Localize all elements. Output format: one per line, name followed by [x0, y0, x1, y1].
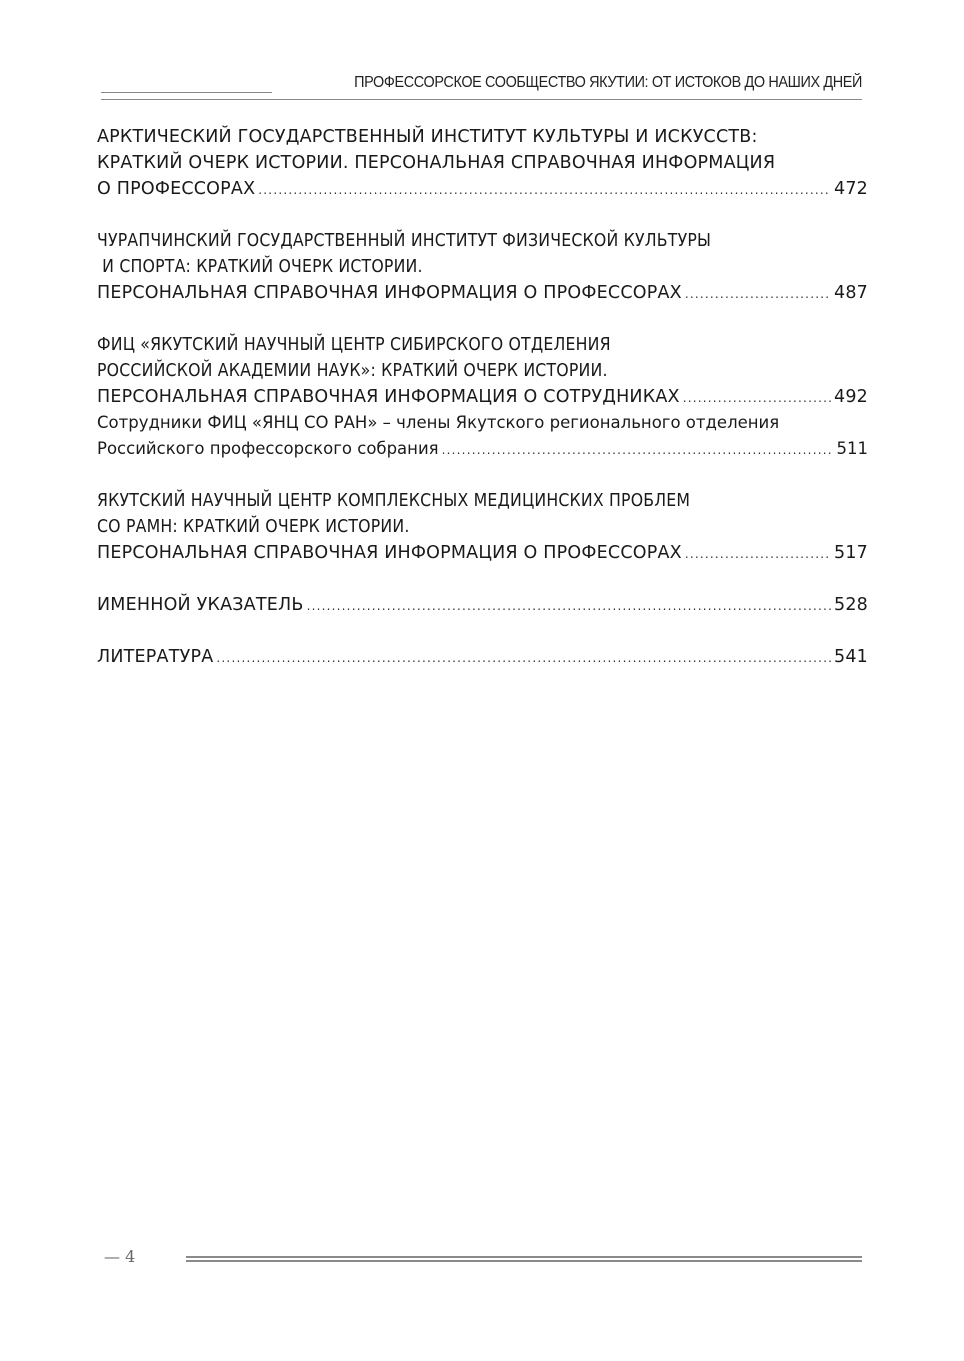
- toc-entry-title-line: РОССИЙСКОЙ АКАДЕМИИ НАУК»: КРАТКИЙ ОЧЕРК…: [97, 358, 867, 384]
- table-of-contents: АРКТИЧЕСКИЙ ГОСУДАРСТВЕННЫЙ ИНСТИТУТ КУЛ…: [97, 124, 868, 696]
- toc-page-number: 511: [837, 436, 869, 462]
- page-number: — 4: [104, 1247, 135, 1266]
- dot-leader: [442, 437, 834, 462]
- toc-entry-arctic-institute[interactable]: АРКТИЧЕСКИЙ ГОСУДАРСТВЕННЫЙ ИНСТИТУТ КУЛ…: [97, 124, 868, 202]
- toc-entry-leader-line: ЛИТЕРАТУРА 541: [97, 644, 868, 670]
- footer-rule: [186, 1260, 862, 1262]
- toc-page-number: 541: [834, 644, 868, 670]
- toc-entry-title-line: ЧУРАПЧИНСКИЙ ГОСУДАРСТВЕННЫЙ ИНСТИТУТ ФИ…: [97, 228, 867, 254]
- toc-page-number: 528: [834, 592, 868, 618]
- document-page: ПРОФЕССОРСКОЕ СООБЩЕСТВО ЯКУТИИ: ОТ ИСТО…: [0, 0, 964, 1361]
- toc-entry-leader-line: ПЕРСОНАЛЬНАЯ СПРАВОЧНАЯ ИНФОРМАЦИЯ О ПРО…: [97, 540, 868, 566]
- running-head: ПРОФЕССОРСКОЕ СООБЩЕСТВО ЯКУТИИ: ОТ ИСТО…: [339, 74, 862, 92]
- toc-entry-leader-line: О ПРОФЕССОРАХ 472: [97, 176, 868, 202]
- toc-entry-leader-line: ПЕРСОНАЛЬНАЯ СПРАВОЧНАЯ ИНФОРМАЦИЯ О ПРО…: [97, 280, 868, 306]
- toc-subentry-title-end: Российского профессорского собрания: [97, 436, 439, 462]
- dot-leader: [307, 593, 831, 618]
- header-rule-long: [101, 99, 862, 100]
- toc-entry-title-line: СО РАМН: КРАТКИЙ ОЧЕРК ИСТОРИИ.: [97, 514, 867, 540]
- toc-entry-literature[interactable]: ЛИТЕРАТУРА 541: [97, 644, 868, 670]
- toc-subentry-yanc-members[interactable]: Сотрудники ФИЦ «ЯНЦ СО РАН» – члены Якут…: [97, 410, 868, 462]
- toc-entry-title-end: ПЕРСОНАЛЬНАЯ СПРАВОЧНАЯ ИНФОРМАЦИЯ О ПРО…: [97, 280, 682, 306]
- toc-subentry-title-line: Сотрудники ФИЦ «ЯНЦ СО РАН» – члены Якут…: [97, 410, 868, 436]
- toc-entry-leader-line: ИМЕННОЙ УКАЗАТЕЛЬ 528: [97, 592, 868, 618]
- toc-entry-title-line: КРАТКИЙ ОЧЕРК ИСТОРИИ. ПЕРСОНАЛЬНАЯ СПРА…: [97, 150, 868, 176]
- toc-entry-fic-yanc[interactable]: ФИЦ «ЯКУТСКИЙ НАУЧНЫЙ ЦЕНТР СИБИРСКОГО О…: [97, 332, 868, 462]
- toc-entry-title-line: И СПОРТА: КРАТКИЙ ОЧЕРК ИСТОРИИ.: [97, 254, 867, 280]
- toc-entry-title-line: АРКТИЧЕСКИЙ ГОСУДАРСТВЕННЫЙ ИНСТИТУТ КУЛ…: [97, 124, 868, 150]
- header-rule-short: [101, 92, 272, 93]
- dot-leader: [685, 281, 831, 306]
- toc-entry-title-line: ФИЦ «ЯКУТСКИЙ НАУЧНЫЙ ЦЕНТР СИБИРСКОГО О…: [97, 332, 867, 358]
- footer-rule: [186, 1256, 862, 1258]
- toc-entry-title-end: ПЕРСОНАЛЬНАЯ СПРАВОЧНАЯ ИНФОРМАЦИЯ О СОТ…: [97, 384, 680, 410]
- toc-entry-leader-line: ПЕРСОНАЛЬНАЯ СПРАВОЧНАЯ ИНФОРМАЦИЯ О СОТ…: [97, 384, 868, 410]
- dot-leader: [258, 177, 831, 202]
- toc-entry-title-end: ПЕРСОНАЛЬНАЯ СПРАВОЧНАЯ ИНФОРМАЦИЯ О ПРО…: [97, 540, 682, 566]
- toc-entry-title-end: ЛИТЕРАТУРА: [97, 644, 213, 670]
- toc-subentry-leader-line: Российского профессорского собрания 511: [97, 436, 868, 462]
- toc-entry-title-line: ЯКУТСКИЙ НАУЧНЫЙ ЦЕНТР КОМПЛЕКСНЫХ МЕДИЦ…: [97, 488, 867, 514]
- toc-entry-name-index[interactable]: ИМЕННОЙ УКАЗАТЕЛЬ 528: [97, 592, 868, 618]
- dot-leader: [216, 645, 831, 670]
- toc-entry-medical-center[interactable]: ЯКУТСКИЙ НАУЧНЫЙ ЦЕНТР КОМПЛЕКСНЫХ МЕДИЦ…: [97, 488, 868, 566]
- toc-entry-title-end: ИМЕННОЙ УКАЗАТЕЛЬ: [97, 592, 304, 618]
- toc-page-number: 517: [834, 540, 868, 566]
- toc-entry-title-end: О ПРОФЕССОРАХ: [97, 176, 255, 202]
- dot-leader: [683, 385, 831, 410]
- toc-entry-churapcha-institute[interactable]: ЧУРАПЧИНСКИЙ ГОСУДАРСТВЕННЫЙ ИНСТИТУТ ФИ…: [97, 228, 868, 306]
- toc-page-number: 487: [834, 280, 868, 306]
- toc-page-number: 492: [834, 384, 868, 410]
- dot-leader: [685, 541, 831, 566]
- toc-page-number: 472: [834, 176, 868, 202]
